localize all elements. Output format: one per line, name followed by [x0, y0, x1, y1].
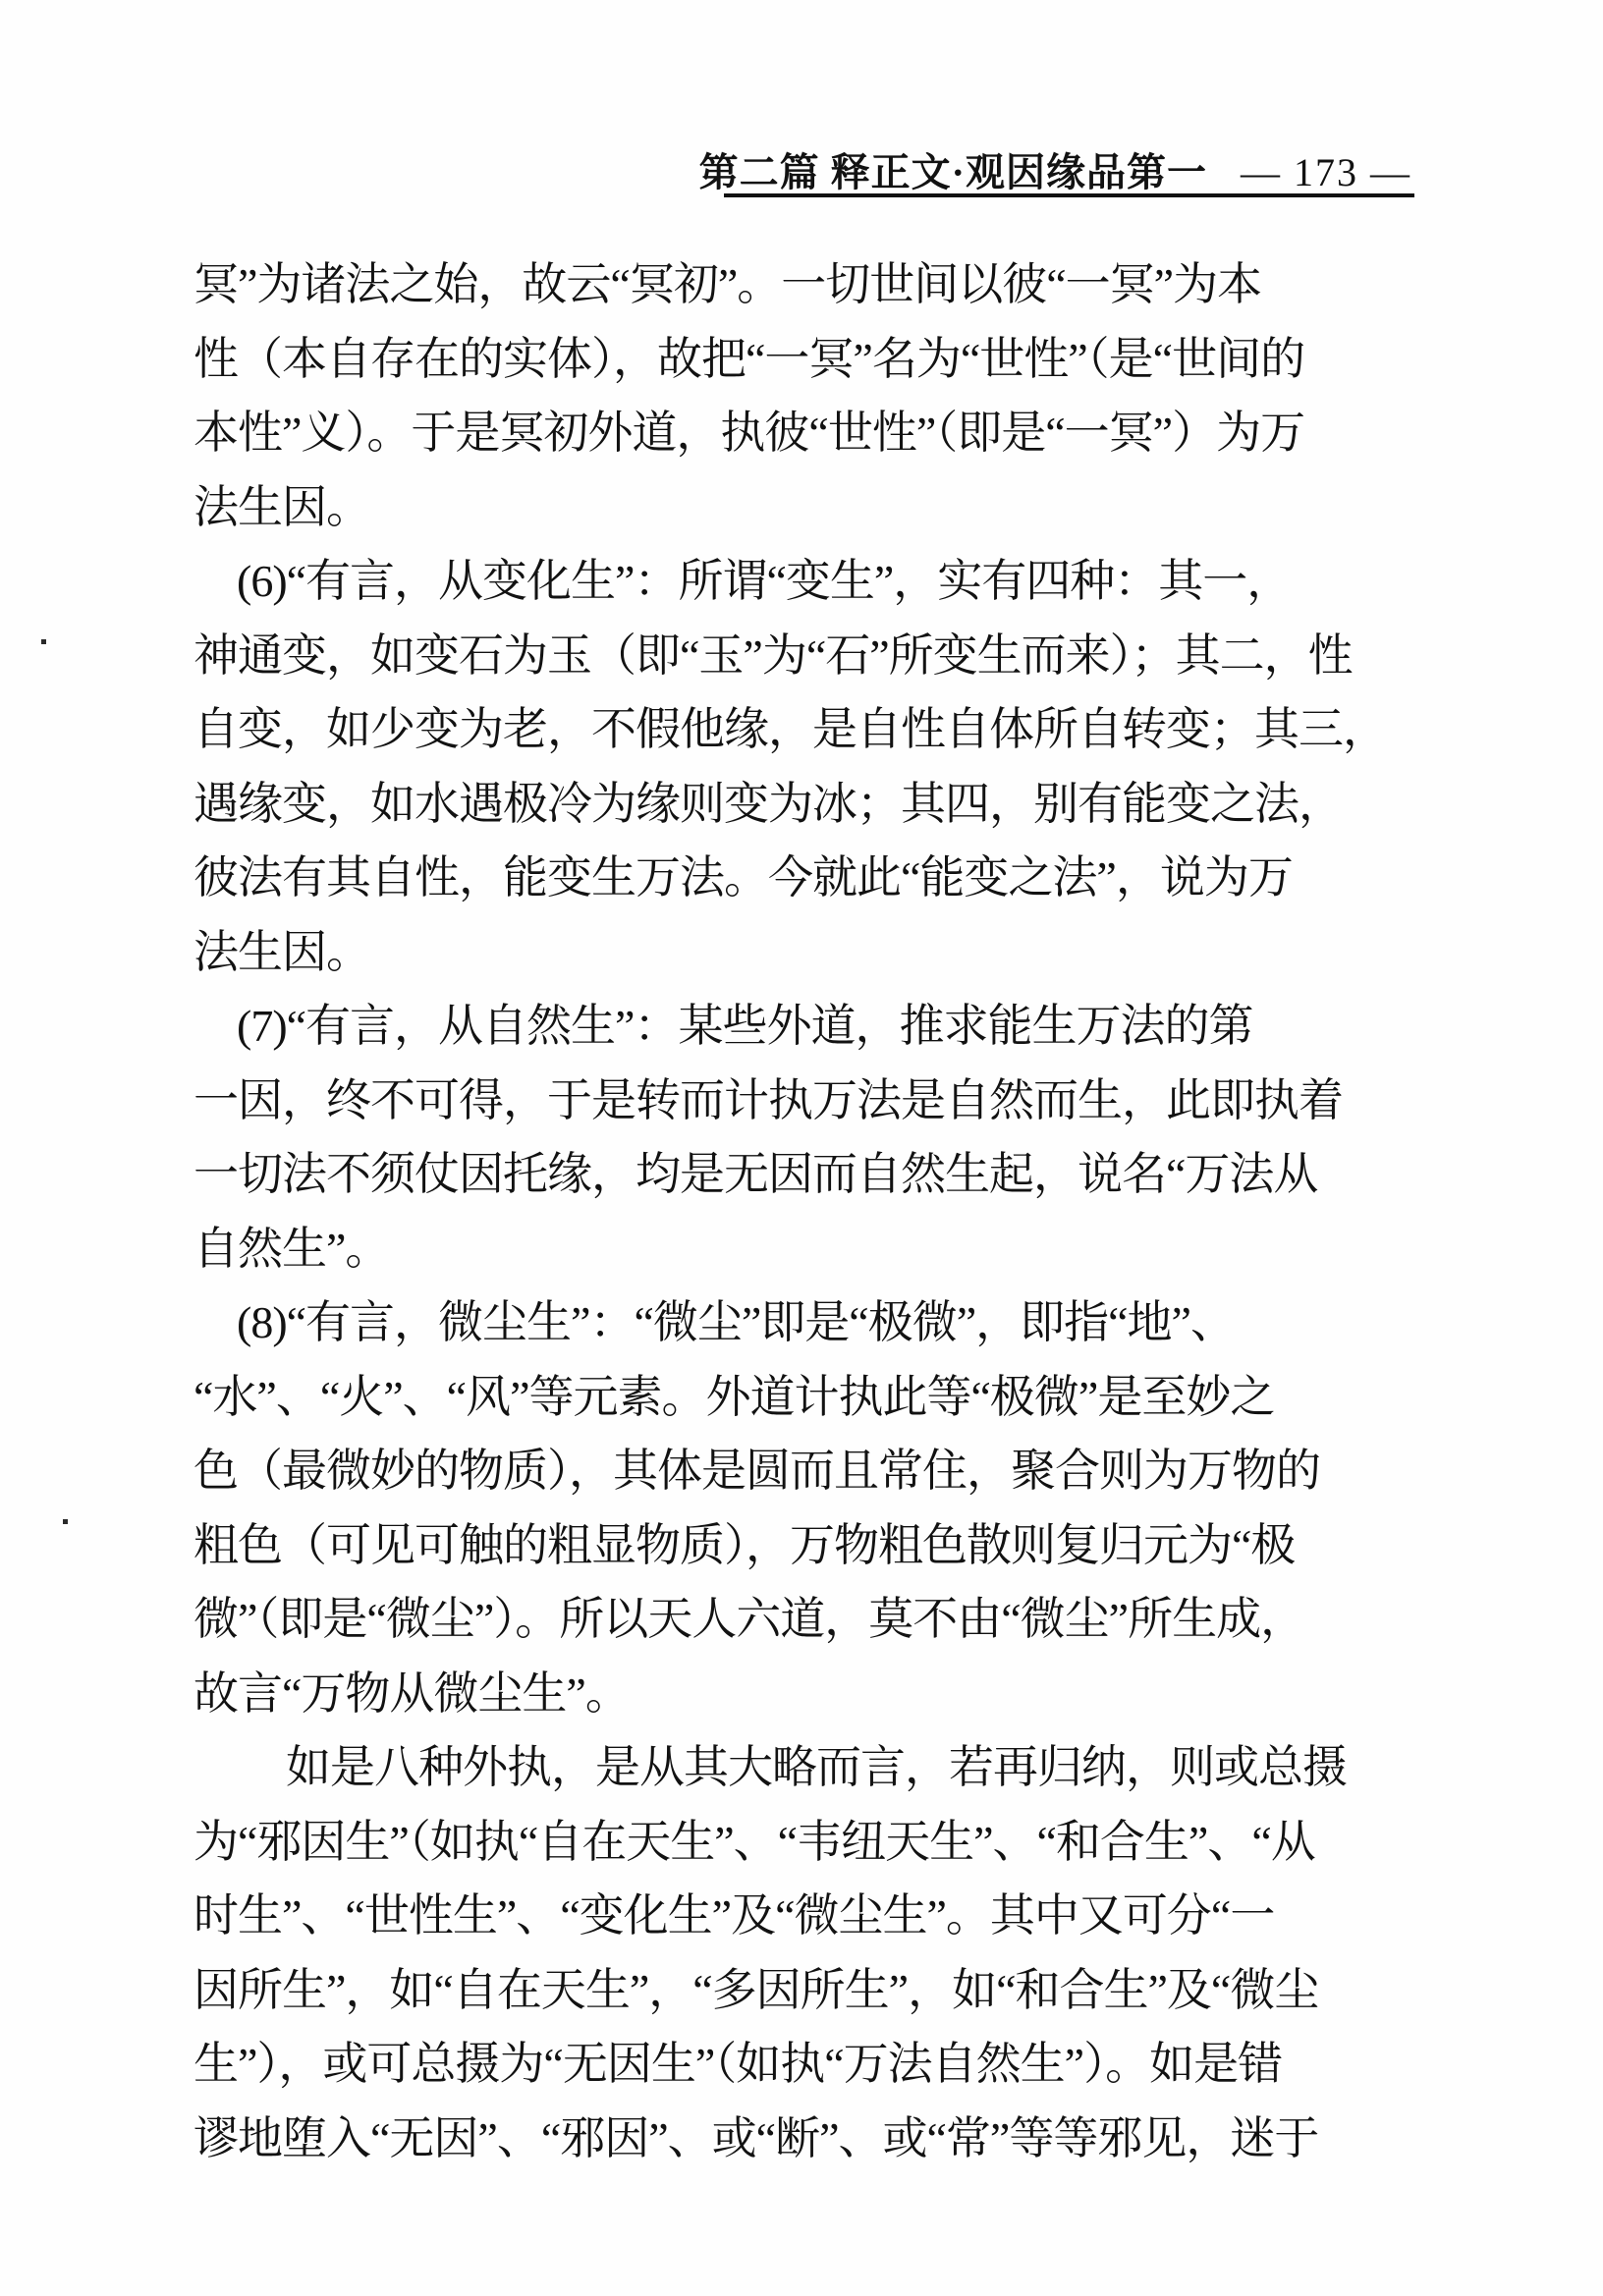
- body-text-line: 微”（即是“微尘”）。所以天人六道，莫不由“微尘”所生成，: [193, 1582, 1419, 1657]
- body-text-line: 神通变，如变石为玉（即“玉”为“石”所变生而来）；其二，性: [193, 619, 1419, 693]
- body-text-line: (6)“有言，从变化生”：所谓“变生”，实有四种：其一，: [193, 544, 1419, 619]
- body-text-line: 性（本自存在的实体），故把“一冥”名为“世性”（是“世间的: [193, 322, 1419, 397]
- header-page-number: — 173 —: [1241, 149, 1411, 195]
- body-text-line: 故言“万物从微尘生”。: [193, 1657, 1419, 1731]
- body-text-line: 自变，如少变为老，不假他缘，是自性自体所自转变；其三，: [193, 692, 1419, 767]
- body-text-line: 冥”为诸法之始，故云“冥初”。一切世间以彼“一冥”为本: [193, 247, 1419, 322]
- header-rule: [724, 193, 1414, 197]
- page-header: 第二篇 释正文·观因缘品第一 — 173 —: [699, 141, 1411, 197]
- scan-speck: [41, 639, 46, 644]
- body-text-line: 粗色（可见可触的粗显物质），万物粗色散则复归元为“极: [193, 1508, 1419, 1583]
- body-text-line: 彼法有其自性，能变生万法。今就此“能变之法”，说为万: [193, 841, 1419, 915]
- body-text-line: 遇缘变，如水遇极冷为缘则变为冰；其四，别有能变之法，: [193, 767, 1419, 842]
- body-text-line: 自然生”。: [193, 1212, 1419, 1286]
- body-text-line: 生”），或可总摄为“无因生”（如执“万法自然生”）。如是错: [193, 2027, 1419, 2102]
- body-text-line: 如是八种外执，是从其大略而言，若再归纳，则或总摄: [193, 1730, 1419, 1805]
- body-text-line: (7)“有言，从自然生”：某些外道，推求能生万法的第: [193, 989, 1419, 1064]
- body-text-line: (8)“有言，微尘生”：“微尘”即是“极微”，即指“地”、: [193, 1285, 1419, 1360]
- body-text-line: 为“邪因生”（如执“自在天生”、“韦纽天生”、“和合生”、“从: [193, 1805, 1419, 1880]
- scan-speck: [63, 1519, 68, 1524]
- body-text: 冥”为诸法之始，故云“冥初”。一切世间以彼“一冥”为本性（本自存在的实体），故把…: [193, 247, 1419, 2175]
- body-text-line: 一因，终不可得，于是转而计执万法是自然而生，此即执着: [193, 1064, 1419, 1138]
- body-text-line: 因所生”，如“自在天生”，“多因所生”，如“和合生”及“微尘: [193, 1953, 1419, 2028]
- body-text-line: 法生因。: [193, 915, 1419, 990]
- body-text-line: 谬地堕入“无因”、“邪因”、或“断”、或“常”等等邪见，迷于: [193, 2102, 1419, 2176]
- book-page: 第二篇 释正文·观因缘品第一 — 173 — 冥”为诸法之始，故云“冥初”。一切…: [0, 0, 1603, 2296]
- body-text-line: “水”、“火”、“风”等元素。外道计执此等“极微”是至妙之: [193, 1360, 1419, 1435]
- body-text-line: 色（最微妙的物质），其体是圆而且常住，聚合则为万物的: [193, 1434, 1419, 1508]
- header-section-title: 第二篇 释正文·观因缘品第一: [699, 141, 1207, 197]
- body-text-line: 法生因。: [193, 470, 1419, 545]
- body-text-line: 时生”、“世性生”、“变化生”及“微尘生”。其中又可分“一: [193, 1879, 1419, 1953]
- body-text-line: 本性”义）。于是冥初外道，执彼“世性”（即是“一冥”）为万: [193, 396, 1419, 470]
- body-text-line: 一切法不须仗因托缘，均是无因而自然生起，说名“万法从: [193, 1137, 1419, 1212]
